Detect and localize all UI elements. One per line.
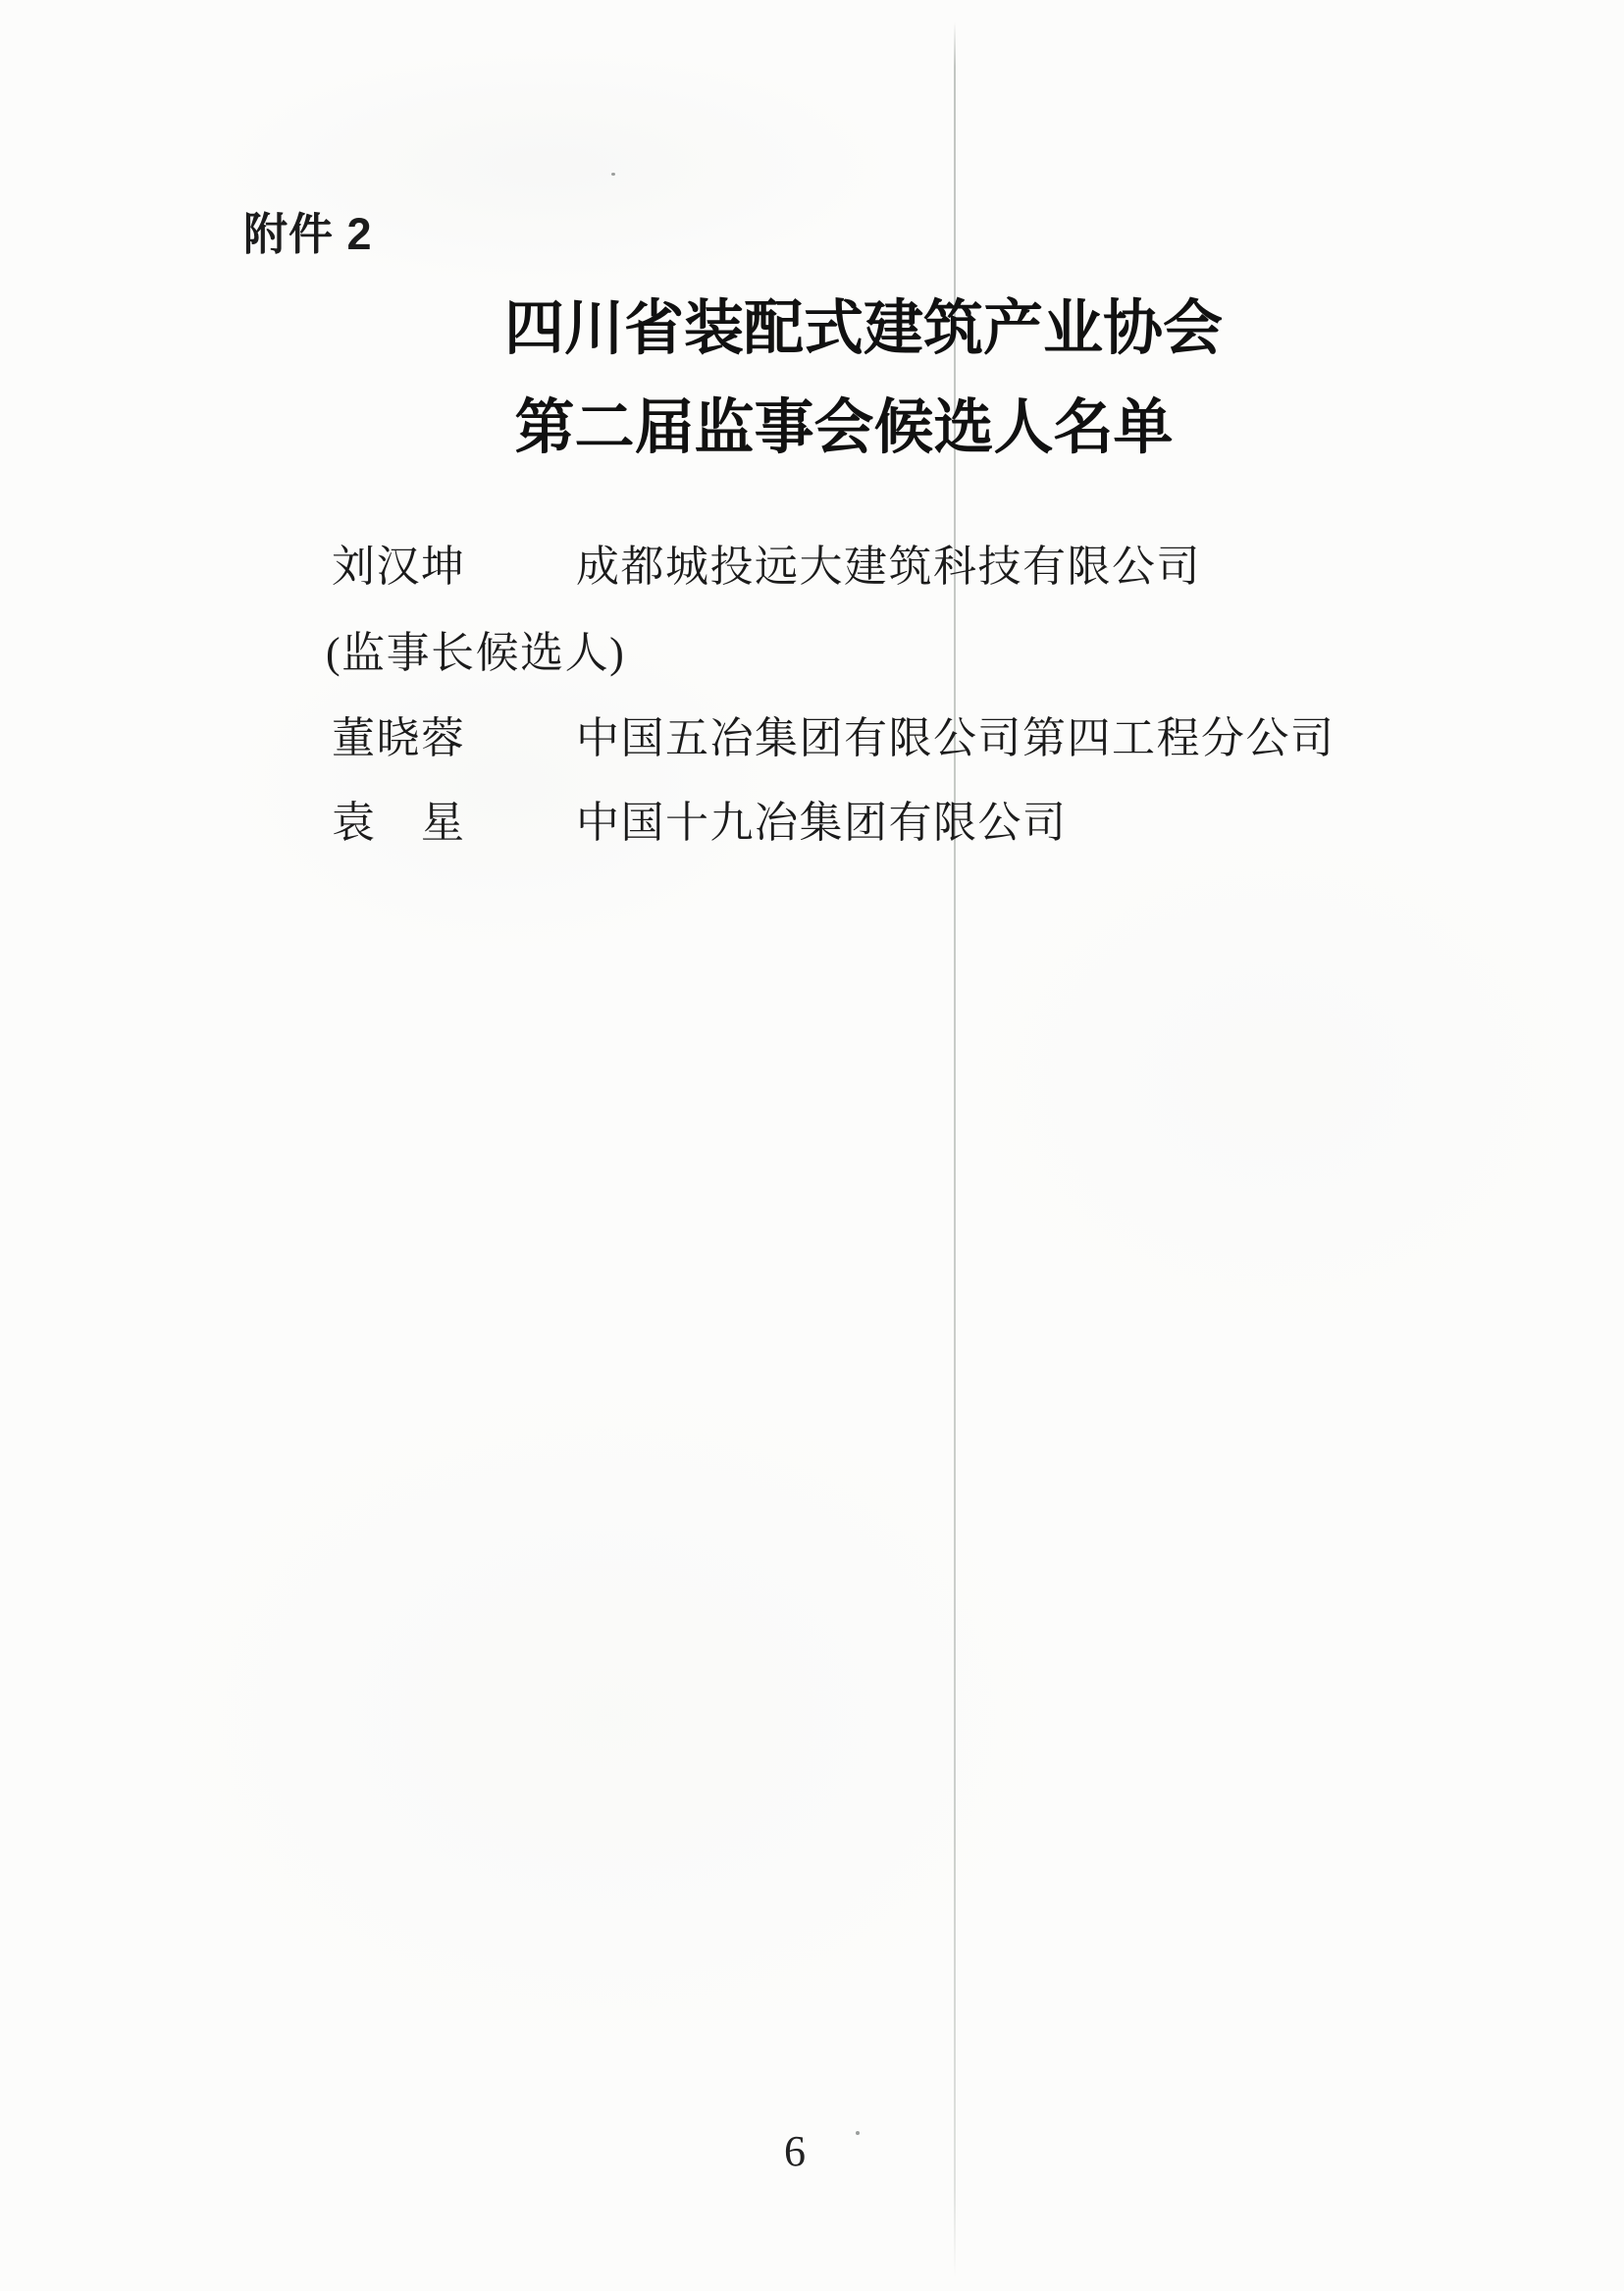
- candidate-row: 董晓蓉 中国五冶集团有限公司第四工程分公司: [332, 714, 1336, 763]
- candidate-name: 刘汉坤: [332, 543, 576, 592]
- attachment-label: 附件 2: [243, 211, 373, 258]
- candidate-name: 董晓蓉: [332, 714, 576, 763]
- candidate-row: 袁 星 中国十九冶集团有限公司: [332, 799, 1068, 848]
- title-line-1: 四川省装配式建筑产业协会: [108, 279, 1619, 378]
- document-title: 四川省装配式建筑产业协会 第二届监事会候选人名单: [108, 279, 1619, 477]
- scan-speck: [611, 173, 615, 176]
- candidate-organization: 中国五冶集团有限公司第四工程分公司: [576, 714, 1336, 763]
- candidate-row: 刘汉坤 成都城投远大建筑科技有限公司: [332, 543, 1201, 592]
- page-number: 6: [756, 2129, 834, 2174]
- scan-speck: [856, 2131, 860, 2135]
- title-line-2: 第二届监事会候选人名单: [88, 378, 1599, 477]
- candidate-organization: 中国十九冶集团有限公司: [576, 799, 1068, 848]
- candidate-organization: 成都城投远大建筑科技有限公司: [576, 543, 1201, 592]
- candidate-note: (监事长候选人): [326, 629, 625, 678]
- candidate-name: 袁 星: [332, 799, 576, 848]
- scanned-document-page: 附件 2 四川省装配式建筑产业协会 第二届监事会候选人名单 刘汉坤 成都城投远大…: [0, 0, 1624, 2291]
